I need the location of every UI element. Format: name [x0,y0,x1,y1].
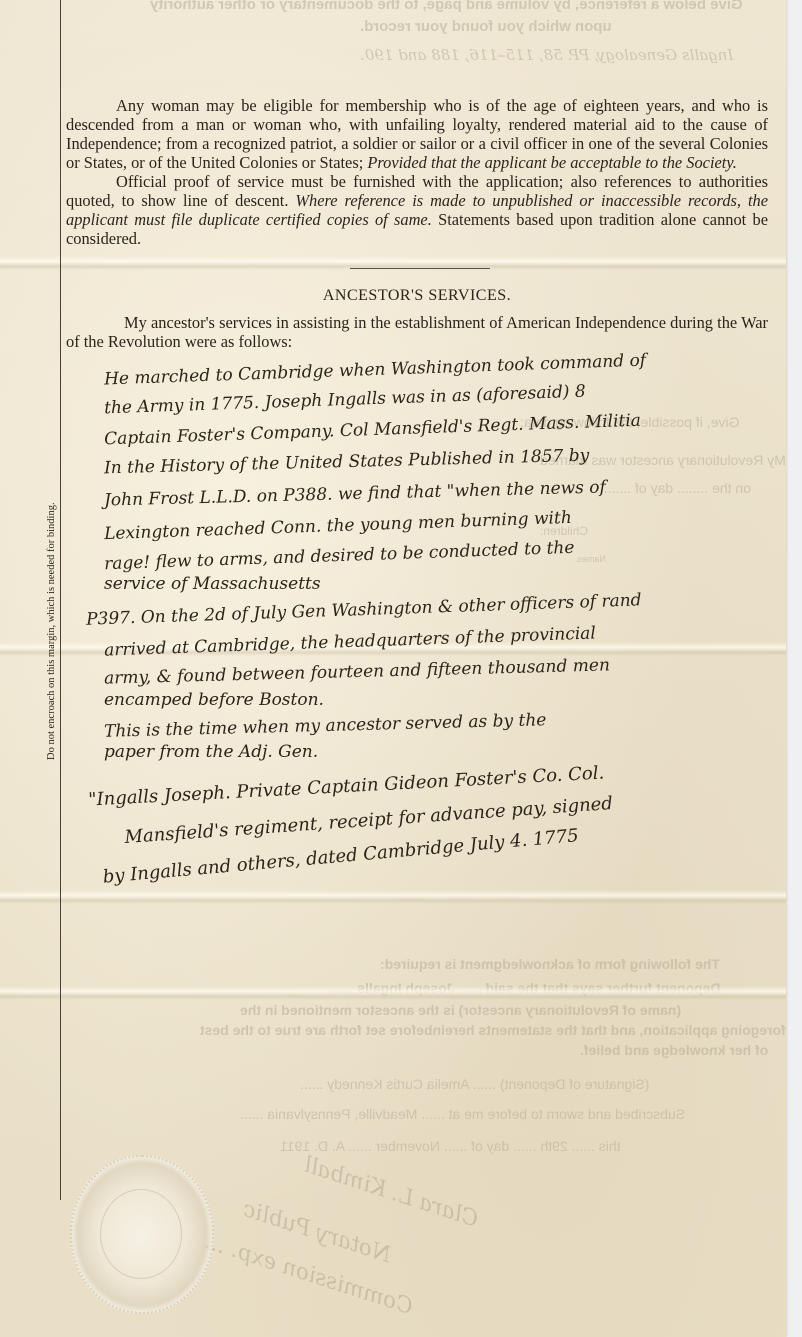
fold-line [0,890,786,904]
bleed-through-signature-line: (Signature of Deponent) ...... Amelia Cu… [300,1076,649,1092]
binding-margin-note: Do not encroach on this margin, which is… [44,430,58,760]
eligibility-text: Any woman may be eligible for membership… [66,96,768,248]
bleed-through-ack-2: (name of Revolutionary ancestor) is the … [240,1002,681,1018]
handwritten-line: paper from the Adj. Gen. [104,742,318,762]
handwritten-line: Lexington reached Conn. the young men bu… [104,508,572,544]
handwritten-line: service of Massachusetts [104,574,321,594]
bleed-through-instruction-2: upon which you found your record. [360,18,612,35]
bleed-through-mid-label-3: on the ........ day of ........ [600,480,751,496]
document-page: Give below a reference, by volume and pa… [0,0,786,1337]
margin-note-text: Do not encroach on this margin, which is… [46,430,57,760]
handwritten-line: rage! flew to arms, and desired to be co… [104,538,575,574]
handwritten-line: the Army in 1775. Joseph Ingalls was in … [104,382,586,419]
bleed-through-date-line: this ...... 29th ...... day of ...... No… [280,1138,621,1154]
handwritten-line: army, & found between fourteen and fifte… [104,655,610,688]
section-divider [350,268,490,269]
handwritten-line: Captain Foster's Company. Col Mansfield'… [104,411,641,450]
handwritten-line: encamped before Boston. [104,690,324,710]
bleed-through-sworn-line: Subscribed and sworn to before me at ...… [240,1106,685,1122]
handwritten-line: John Frost L.L.D. on P388. we find that … [104,477,606,510]
handwritten-line: This is the time when my ancestor served… [104,710,547,742]
bleed-through-handwritten-ref: Ingalls Genealogy, PP. 58, 115–116, 188 … [360,46,733,64]
seal-emblem-icon [100,1189,182,1279]
bleed-through-ack-4: of her knowledge and belief. [580,1042,768,1058]
embossed-seal [70,1155,214,1314]
bleed-through-ack-3: foregoing application, and that the stat… [200,1022,786,1038]
bleed-through-instruction-1: Give below a reference, by volume and pa… [150,0,743,13]
section-intro: My ancestor's services in assisting in t… [66,313,768,351]
fold-line [0,986,786,1000]
eligibility-paragraph-2: Official proof of service must be furnis… [66,172,768,248]
handwritten-line: In the History of the United States Publ… [104,446,590,479]
section-heading: ANCESTOR'S SERVICES. [66,287,768,305]
bleed-through-ack-heading: The following form of acknowledgment is … [380,956,720,972]
binding-margin-line [60,0,61,1200]
bleed-through-notary-1: Clara L. Kimball [301,1153,482,1233]
bleed-through-col-names: Names. [575,554,606,564]
eligibility-paragraph-1: Any woman may be eligible for membership… [66,96,768,172]
